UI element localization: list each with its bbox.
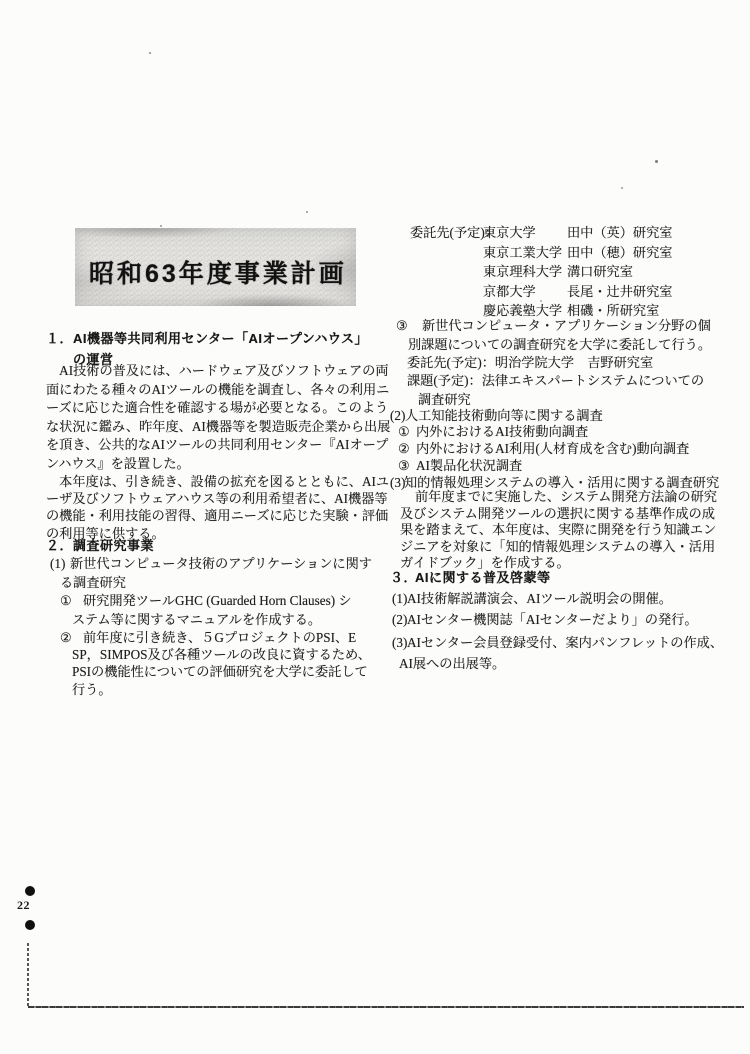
list-item: (3) AIセンター会員登録受付、案内パンフレットの作成、 AI展への出展等。: [390, 632, 735, 674]
list-item: ② 前年度に引き続き、５GプロジェクトのPSI、E SP，SIMPOS及び各種ツ…: [46, 629, 426, 698]
list-item-text: AI技術解説講演会、AIツール説明会の開催。: [390, 590, 735, 608]
list-item: (2) AIセンター機関誌「AIセンターだより」の発行。: [390, 611, 735, 629]
list-marker: (1): [50, 555, 65, 574]
list-item: ③ AI製品化状況調査: [390, 457, 735, 474]
scan-speck: [540, 300, 542, 302]
list-marker: (2): [390, 407, 405, 424]
section-number: １．: [46, 328, 73, 349]
section-number: ２．: [46, 537, 73, 555]
page-edge-line-horizontal: [28, 1006, 744, 1008]
page-edge-line-vertical: [27, 943, 29, 1007]
paragraph: 本年度は、引き続き、設備の拡充を図るとともに、AIユ ーザ及びソフトウェアハウス…: [46, 473, 426, 542]
binder-dot: [25, 886, 35, 896]
list-item-text: 新世代コンピュータ・アプリケーション分野の個 別課題についての調査研究を大学に委…: [390, 316, 735, 355]
paragraph: AI技術の普及には、ハードウェア及びソフトウェアの両 面にわたる種々のAIツール…: [46, 362, 426, 474]
list-item: (2) 人工知能技術動向等に関する調査: [390, 407, 735, 424]
list-item-text: AIセンター機関誌「AIセンターだより」の発行。: [390, 611, 735, 629]
list-marker: ②: [398, 440, 410, 457]
list-item: ② 内外におけるAI利用(人材育成を含む)動向調査: [390, 440, 735, 457]
page-number: 22: [17, 898, 30, 913]
list-item-text: 人工知能技術動向等に関する調査: [390, 407, 735, 424]
paragraph-text: 前年度までに実施した、システム開発方法論の研究 及びシステム開発ツールの選択に関…: [390, 489, 735, 572]
list-marker: ①: [60, 592, 72, 611]
consignee-row: 東京工業大学田中（穂）研究室: [483, 242, 735, 262]
consignee-row: 東京理科大学溝口研究室: [483, 261, 735, 281]
scan-speck: [306, 211, 308, 213]
consignee-rows: 東京大学田中（英）研究室 東京工業大学田中（穂）研究室 東京理科大学溝口研究室 …: [483, 222, 735, 320]
list-item: ① 研究開発ツールGHC (Guarded Horn Clauses) シ ステ…: [46, 592, 426, 629]
section-2-heading: ２． 調査研究事業: [46, 537, 426, 555]
page-title: 昭和63年度事業計画: [89, 254, 347, 290]
list-marker: (3): [392, 632, 407, 653]
list-item: (1) 新世代コンピュータ技術のアプリケーションに関す る調査研究: [46, 555, 426, 592]
scanned-document-page: 昭和63年度事業計画 １． AI機器等共同利用センター「AIオープンハウス」 の…: [0, 0, 750, 1054]
list-marker: ③: [396, 316, 408, 335]
list-item-text: AIセンター会員登録受付、案内パンフレットの作成、 AI展への出展等。: [390, 632, 735, 674]
list-marker: ①: [398, 423, 410, 440]
scan-speck: [149, 52, 151, 54]
consignee-list: 委託先(予定)： 東京大学田中（英）研究室 東京工業大学田中（穂）研究室 東京理…: [390, 222, 735, 320]
lab-name: 溝口研究室: [567, 264, 633, 279]
scan-speck: [621, 187, 623, 189]
topic-text: 課題(予定)：法律エキスパートシステムについての 調査研究: [390, 372, 735, 409]
consignee-note: 委託先(予定)：明治学院大学 吉野研究室: [390, 354, 735, 373]
list-item-text: 内外におけるAI技術動向調査: [390, 423, 735, 440]
list-marker: ②: [60, 629, 72, 646]
title-box: 昭和63年度事業計画: [75, 228, 356, 306]
list-item: ① 内外におけるAI技術動向調査: [390, 423, 735, 440]
list-item: (1) AI技術解説講演会、AIツール説明会の開催。: [390, 590, 735, 608]
list-item-text: 前年度に引き続き、５GプロジェクトのPSI、E SP，SIMPOS及び各種ツール…: [46, 629, 426, 698]
topic-note: 課題(予定)：法律エキスパートシステムについての 調査研究: [390, 372, 735, 409]
list-item-text: 新世代コンピュータ技術のアプリケーションに関す る調査研究: [46, 555, 426, 592]
list-item: ③ 新世代コンピュータ・アプリケーション分野の個 別課題についての調査研究を大学…: [390, 316, 735, 355]
binder-dot: [25, 920, 35, 930]
paragraph-text: AI技術の普及には、ハードウェア及びソフトウェアの両 面にわたる種々のAIツール…: [46, 362, 426, 474]
scan-speck: [655, 160, 658, 163]
university-name: 東京工業大学: [483, 242, 567, 261]
lab-name: 田中（穂）研究室: [567, 245, 673, 260]
section-title: 調査研究事業: [46, 537, 426, 555]
list-item-text: 内外におけるAI利用(人材育成を含む)動向調査: [390, 440, 735, 457]
consignee-row: 東京大学田中（英）研究室: [483, 222, 735, 242]
university-name: 東京理科大学: [483, 261, 567, 280]
list-marker: (1): [392, 590, 407, 608]
consignee-label: 委託先(予定)：: [410, 222, 498, 241]
section-number: ３．: [390, 569, 417, 587]
consignee-row: 京都大学長尾・辻井研究室: [483, 281, 735, 301]
list-marker: ③: [398, 457, 410, 474]
paragraph: 前年度までに実施した、システム開発方法論の研究 及びシステム開発ツールの選択に関…: [390, 489, 735, 572]
university-name: 京都大学: [483, 281, 567, 300]
scan-speck: [160, 225, 162, 227]
section-3-heading: ３． AIに関する普及啓蒙等: [390, 569, 735, 587]
paragraph-text: 本年度は、引き続き、設備の拡充を図るとともに、AIユ ーザ及びソフトウェアハウス…: [46, 473, 426, 542]
list-marker: (2): [392, 611, 407, 629]
lab-name: 長尾・辻井研究室: [567, 284, 673, 299]
consignee-text: 委託先(予定)：明治学院大学 吉野研究室: [390, 354, 735, 373]
list-item-text: 研究開発ツールGHC (Guarded Horn Clauses) シ ステム等…: [46, 592, 426, 629]
list-item-text: AI製品化状況調査: [390, 457, 735, 474]
section-title: AIに関する普及啓蒙等: [390, 569, 735, 587]
lab-name: 田中（英）研究室: [567, 225, 673, 240]
